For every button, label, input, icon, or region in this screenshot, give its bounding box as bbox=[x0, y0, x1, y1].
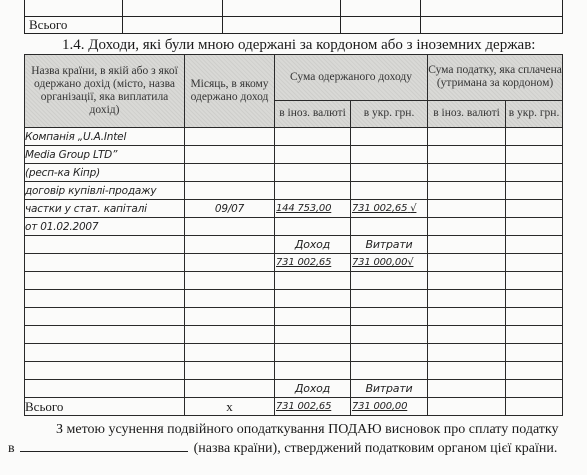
cell-tax-foreign bbox=[428, 200, 506, 218]
country-name-field[interactable] bbox=[20, 439, 188, 452]
table-row bbox=[25, 326, 563, 344]
table-row: Доход Витрати bbox=[25, 236, 563, 254]
cell-income-foreign bbox=[275, 326, 351, 344]
cell-tax-uah bbox=[506, 200, 563, 218]
cell-month bbox=[185, 362, 275, 380]
cell bbox=[123, 0, 223, 17]
table-row: Media Group LTD” bbox=[25, 146, 563, 164]
cell-tax-uah bbox=[506, 128, 563, 146]
cell-tax-uah bbox=[506, 272, 563, 290]
cell-income-uah bbox=[351, 128, 428, 146]
cell bbox=[421, 17, 563, 34]
cell-income-foreign bbox=[275, 164, 351, 182]
table-row bbox=[25, 0, 563, 17]
table-row-total: Всього bbox=[25, 17, 563, 34]
cell-country bbox=[25, 236, 185, 254]
cell-tax-foreign bbox=[428, 254, 506, 272]
cell-income-uah bbox=[351, 272, 428, 290]
cell-tax-foreign bbox=[428, 272, 506, 290]
cell-month: 09/07 bbox=[185, 200, 275, 218]
amount-value: 731 002,65 bbox=[352, 203, 407, 214]
table-row: (респ-ка Кіпр) bbox=[25, 164, 563, 182]
cell bbox=[25, 0, 123, 17]
cell-income-foreign bbox=[275, 146, 351, 164]
cell-tax-uah bbox=[506, 380, 563, 398]
cell bbox=[123, 17, 223, 34]
table-row-total: Всього х 731 002,65 731 000,00 bbox=[25, 398, 563, 416]
cell-tax-uah bbox=[506, 182, 563, 200]
cell-income-foreign: 731 002,65 bbox=[275, 254, 351, 272]
cell-income-uah: Витрати bbox=[351, 236, 428, 254]
cell-income-foreign bbox=[275, 128, 351, 146]
cell-tax-foreign bbox=[428, 218, 506, 236]
total-tax-uah bbox=[506, 398, 563, 416]
cell-income-foreign bbox=[275, 272, 351, 290]
cell-tax-foreign bbox=[428, 182, 506, 200]
cell-tax-foreign bbox=[428, 236, 506, 254]
cell-tax-foreign bbox=[428, 344, 506, 362]
footer-statement: З метою усунення подвійного оподаткуванн… bbox=[8, 420, 583, 458]
cell bbox=[421, 0, 563, 17]
table-row bbox=[25, 344, 563, 362]
foreign-income-table: Назва країни, в якій або з якої одержано… bbox=[24, 54, 563, 416]
cell-tax-foreign bbox=[428, 326, 506, 344]
cell-tax-foreign bbox=[428, 380, 506, 398]
cell-tax-uah bbox=[506, 326, 563, 344]
cell-income-uah bbox=[351, 290, 428, 308]
cell-income-foreign bbox=[275, 308, 351, 326]
header-tax-sum: Сума податку, яка сплачена (утримана за … bbox=[428, 55, 563, 101]
section-heading: 1.4. Доходи, які були мною одержані за к… bbox=[62, 37, 535, 54]
header-income-foreign: в іноз. валюті bbox=[275, 100, 351, 127]
cell-income-foreign: Доход bbox=[275, 380, 351, 398]
cell-country: частки у стат. капіталі bbox=[25, 200, 185, 218]
table-row bbox=[25, 272, 563, 290]
cell-tax-foreign bbox=[428, 128, 506, 146]
total-income-foreign: 731 002,65 bbox=[275, 398, 351, 416]
cell-income-foreign bbox=[275, 362, 351, 380]
total-label: Всього bbox=[25, 17, 123, 34]
table-row: Доход Витрати bbox=[25, 380, 563, 398]
cell-month bbox=[185, 128, 275, 146]
cell-country: Media Group LTD” bbox=[25, 146, 185, 164]
total-income-uah: 731 000,00 bbox=[351, 398, 428, 416]
header-income-sum: Сума одержаного доходу bbox=[275, 55, 428, 101]
cell-tax-uah bbox=[506, 290, 563, 308]
cell-tax-uah bbox=[506, 164, 563, 182]
cell-country: (респ-ка Кіпр) bbox=[25, 164, 185, 182]
cell-country bbox=[25, 344, 185, 362]
checkmark-icon: √ bbox=[410, 203, 416, 214]
cell-income-foreign bbox=[275, 344, 351, 362]
header-country: Назва країни, в якій або з якої одержано… bbox=[25, 55, 185, 128]
footer-line-2: в (назва країни), стверджений податковим… bbox=[8, 439, 583, 458]
amount-value: 731 000,00 bbox=[352, 257, 407, 268]
table-row bbox=[25, 290, 563, 308]
cell-tax-foreign bbox=[428, 164, 506, 182]
header-income-uah: в укр. грн. bbox=[351, 100, 428, 127]
previous-section-table: Всього bbox=[24, 0, 563, 34]
cell-income-foreign bbox=[275, 218, 351, 236]
cell bbox=[223, 17, 341, 34]
cell-country bbox=[25, 362, 185, 380]
cell-income-uah bbox=[351, 182, 428, 200]
header-row: Назва країни, в якій або з якої одержано… bbox=[25, 55, 563, 101]
cell-income-uah: Витрати bbox=[351, 380, 428, 398]
cell-tax-uah bbox=[506, 308, 563, 326]
header-tax-foreign: в іноз. валюті bbox=[428, 100, 506, 127]
cell-month bbox=[185, 290, 275, 308]
cell-tax-uah bbox=[506, 236, 563, 254]
cell-tax-uah bbox=[506, 146, 563, 164]
cell-month bbox=[185, 236, 275, 254]
table-row: Компанія „U.A.Intel bbox=[25, 128, 563, 146]
cell-income-uah bbox=[351, 326, 428, 344]
cell-tax-uah bbox=[506, 254, 563, 272]
cell-income-uah bbox=[351, 218, 428, 236]
cell-country bbox=[25, 308, 185, 326]
cell-country bbox=[25, 290, 185, 308]
cell-country: от 01.02.2007 bbox=[25, 218, 185, 236]
total-label: Всього bbox=[25, 398, 185, 416]
cell bbox=[341, 17, 421, 34]
cell-income-foreign: 144 753,00 bbox=[275, 200, 351, 218]
cell-tax-uah bbox=[506, 344, 563, 362]
footer-prefix: в bbox=[8, 441, 15, 456]
cell-tax-foreign bbox=[428, 308, 506, 326]
cell-income-uah: 731 002,65 √ bbox=[351, 200, 428, 218]
cell-country bbox=[25, 380, 185, 398]
cell-income-uah: 731 000,00√ bbox=[351, 254, 428, 272]
cell-income-uah bbox=[351, 308, 428, 326]
cell-tax-uah bbox=[506, 362, 563, 380]
cell-tax-foreign bbox=[428, 290, 506, 308]
cell-month bbox=[185, 380, 275, 398]
cell bbox=[223, 0, 341, 17]
cell-month bbox=[185, 146, 275, 164]
cell-month bbox=[185, 272, 275, 290]
cell-month bbox=[185, 254, 275, 272]
cell-month bbox=[185, 326, 275, 344]
checkmark-icon: √ bbox=[407, 257, 413, 268]
cell-income-uah bbox=[351, 164, 428, 182]
cell-tax-foreign bbox=[428, 146, 506, 164]
footer-line-1: З метою усунення подвійного оподаткуванн… bbox=[8, 420, 583, 439]
cell-income-foreign: Доход bbox=[275, 236, 351, 254]
cell-month bbox=[185, 344, 275, 362]
cell-country bbox=[25, 272, 185, 290]
cell bbox=[341, 0, 421, 17]
cell-country bbox=[25, 254, 185, 272]
header-month: Місяць, в якому одержано доход bbox=[185, 55, 275, 128]
header-tax-uah: в укр. грн. bbox=[506, 100, 563, 127]
footer-suffix: (назва країни), стверджений податковим о… bbox=[194, 441, 558, 456]
total-tax-foreign bbox=[428, 398, 506, 416]
cell-income-uah bbox=[351, 146, 428, 164]
cell-country bbox=[25, 326, 185, 344]
cell-tax-foreign bbox=[428, 362, 506, 380]
cell-month bbox=[185, 218, 275, 236]
cell-country: договір купівлі-продажу bbox=[25, 182, 185, 200]
cell-income-foreign bbox=[275, 182, 351, 200]
table-row: договір купівлі-продажу bbox=[25, 182, 563, 200]
cell-income-uah bbox=[351, 362, 428, 380]
table-row bbox=[25, 308, 563, 326]
total-month: х bbox=[185, 398, 275, 416]
cell-income-uah bbox=[351, 344, 428, 362]
cell-month bbox=[185, 182, 275, 200]
table-row bbox=[25, 362, 563, 380]
cell-month bbox=[185, 164, 275, 182]
cell-income-foreign bbox=[275, 290, 351, 308]
table-row: от 01.02.2007 bbox=[25, 218, 563, 236]
cell-month bbox=[185, 308, 275, 326]
table-row: частки у стат. капіталі 09/07 144 753,00… bbox=[25, 200, 563, 218]
cell-country: Компанія „U.A.Intel bbox=[25, 128, 185, 146]
cell-tax-uah bbox=[506, 218, 563, 236]
table-row: 731 002,65 731 000,00√ bbox=[25, 254, 563, 272]
